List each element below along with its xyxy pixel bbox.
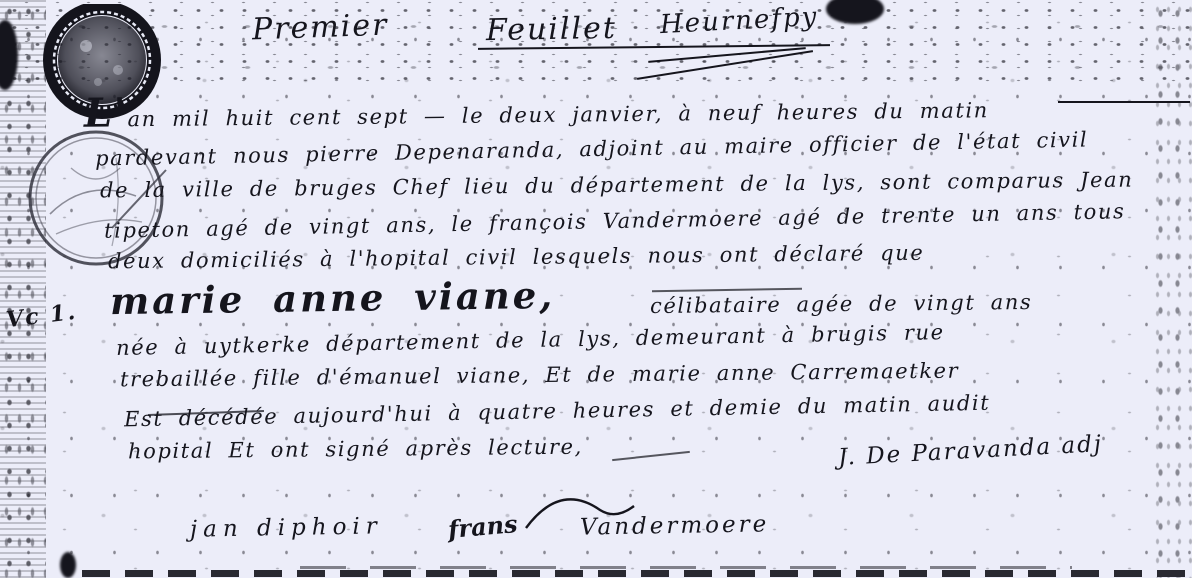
bottom-scan-line-faint	[300, 566, 1072, 569]
deceased-name: marie anne viane,	[110, 273, 556, 323]
overline-celibataire	[652, 288, 802, 293]
record-line-1: L'an mil huit cent sept — le deux janvie…	[84, 81, 989, 136]
ink-blotch	[826, 0, 884, 24]
witness-signature-2: frans	[447, 509, 519, 544]
record-line-9: Est décédée aujourd'hui à quatre heures …	[124, 391, 991, 432]
bottom-scan-line	[82, 570, 1192, 577]
header-flourish-signature: Heurnefpy	[659, 2, 819, 40]
scanned-death-record-page: Premier Feuillet Heurnefpy Vc 1. L'an mi…	[0, 0, 1192, 578]
line-end-flourish	[612, 451, 690, 461]
record-line-6-rest: célibataire agée de vingt ans	[650, 290, 1033, 318]
scan-edge-right	[1152, 0, 1192, 578]
flourish-underline	[637, 50, 813, 80]
record-line-5: deux domiciliés à l'hopital civil lesque…	[108, 241, 925, 274]
ink-blotch	[0, 20, 18, 90]
witness-signature-1: jan diphoir	[190, 513, 383, 542]
record-line-3: de la ville de bruges Chef lieu du dépar…	[100, 168, 1134, 203]
header-word-premier: Premier	[251, 8, 389, 48]
record-line-10: hopital Et ont signé après lecture,	[128, 435, 583, 464]
record-line-4: tipeton agé de vingt ans, le françois Va…	[104, 199, 1126, 243]
line-end-rule	[1058, 101, 1190, 103]
ink-blotch	[60, 552, 76, 578]
flourish-underline	[648, 47, 806, 63]
header-word-feuillet: Feuillet	[486, 11, 617, 48]
margin-note: Vc 1.	[5, 299, 79, 333]
signature-flourish-icon	[520, 488, 640, 534]
record-line-8: trebaillée fille d'émanuel viane, Et de …	[120, 359, 959, 392]
record-line-7: née à uytkerke département de la lys, de…	[116, 320, 945, 360]
official-signature: J. De Paravanda adj	[838, 431, 1104, 471]
